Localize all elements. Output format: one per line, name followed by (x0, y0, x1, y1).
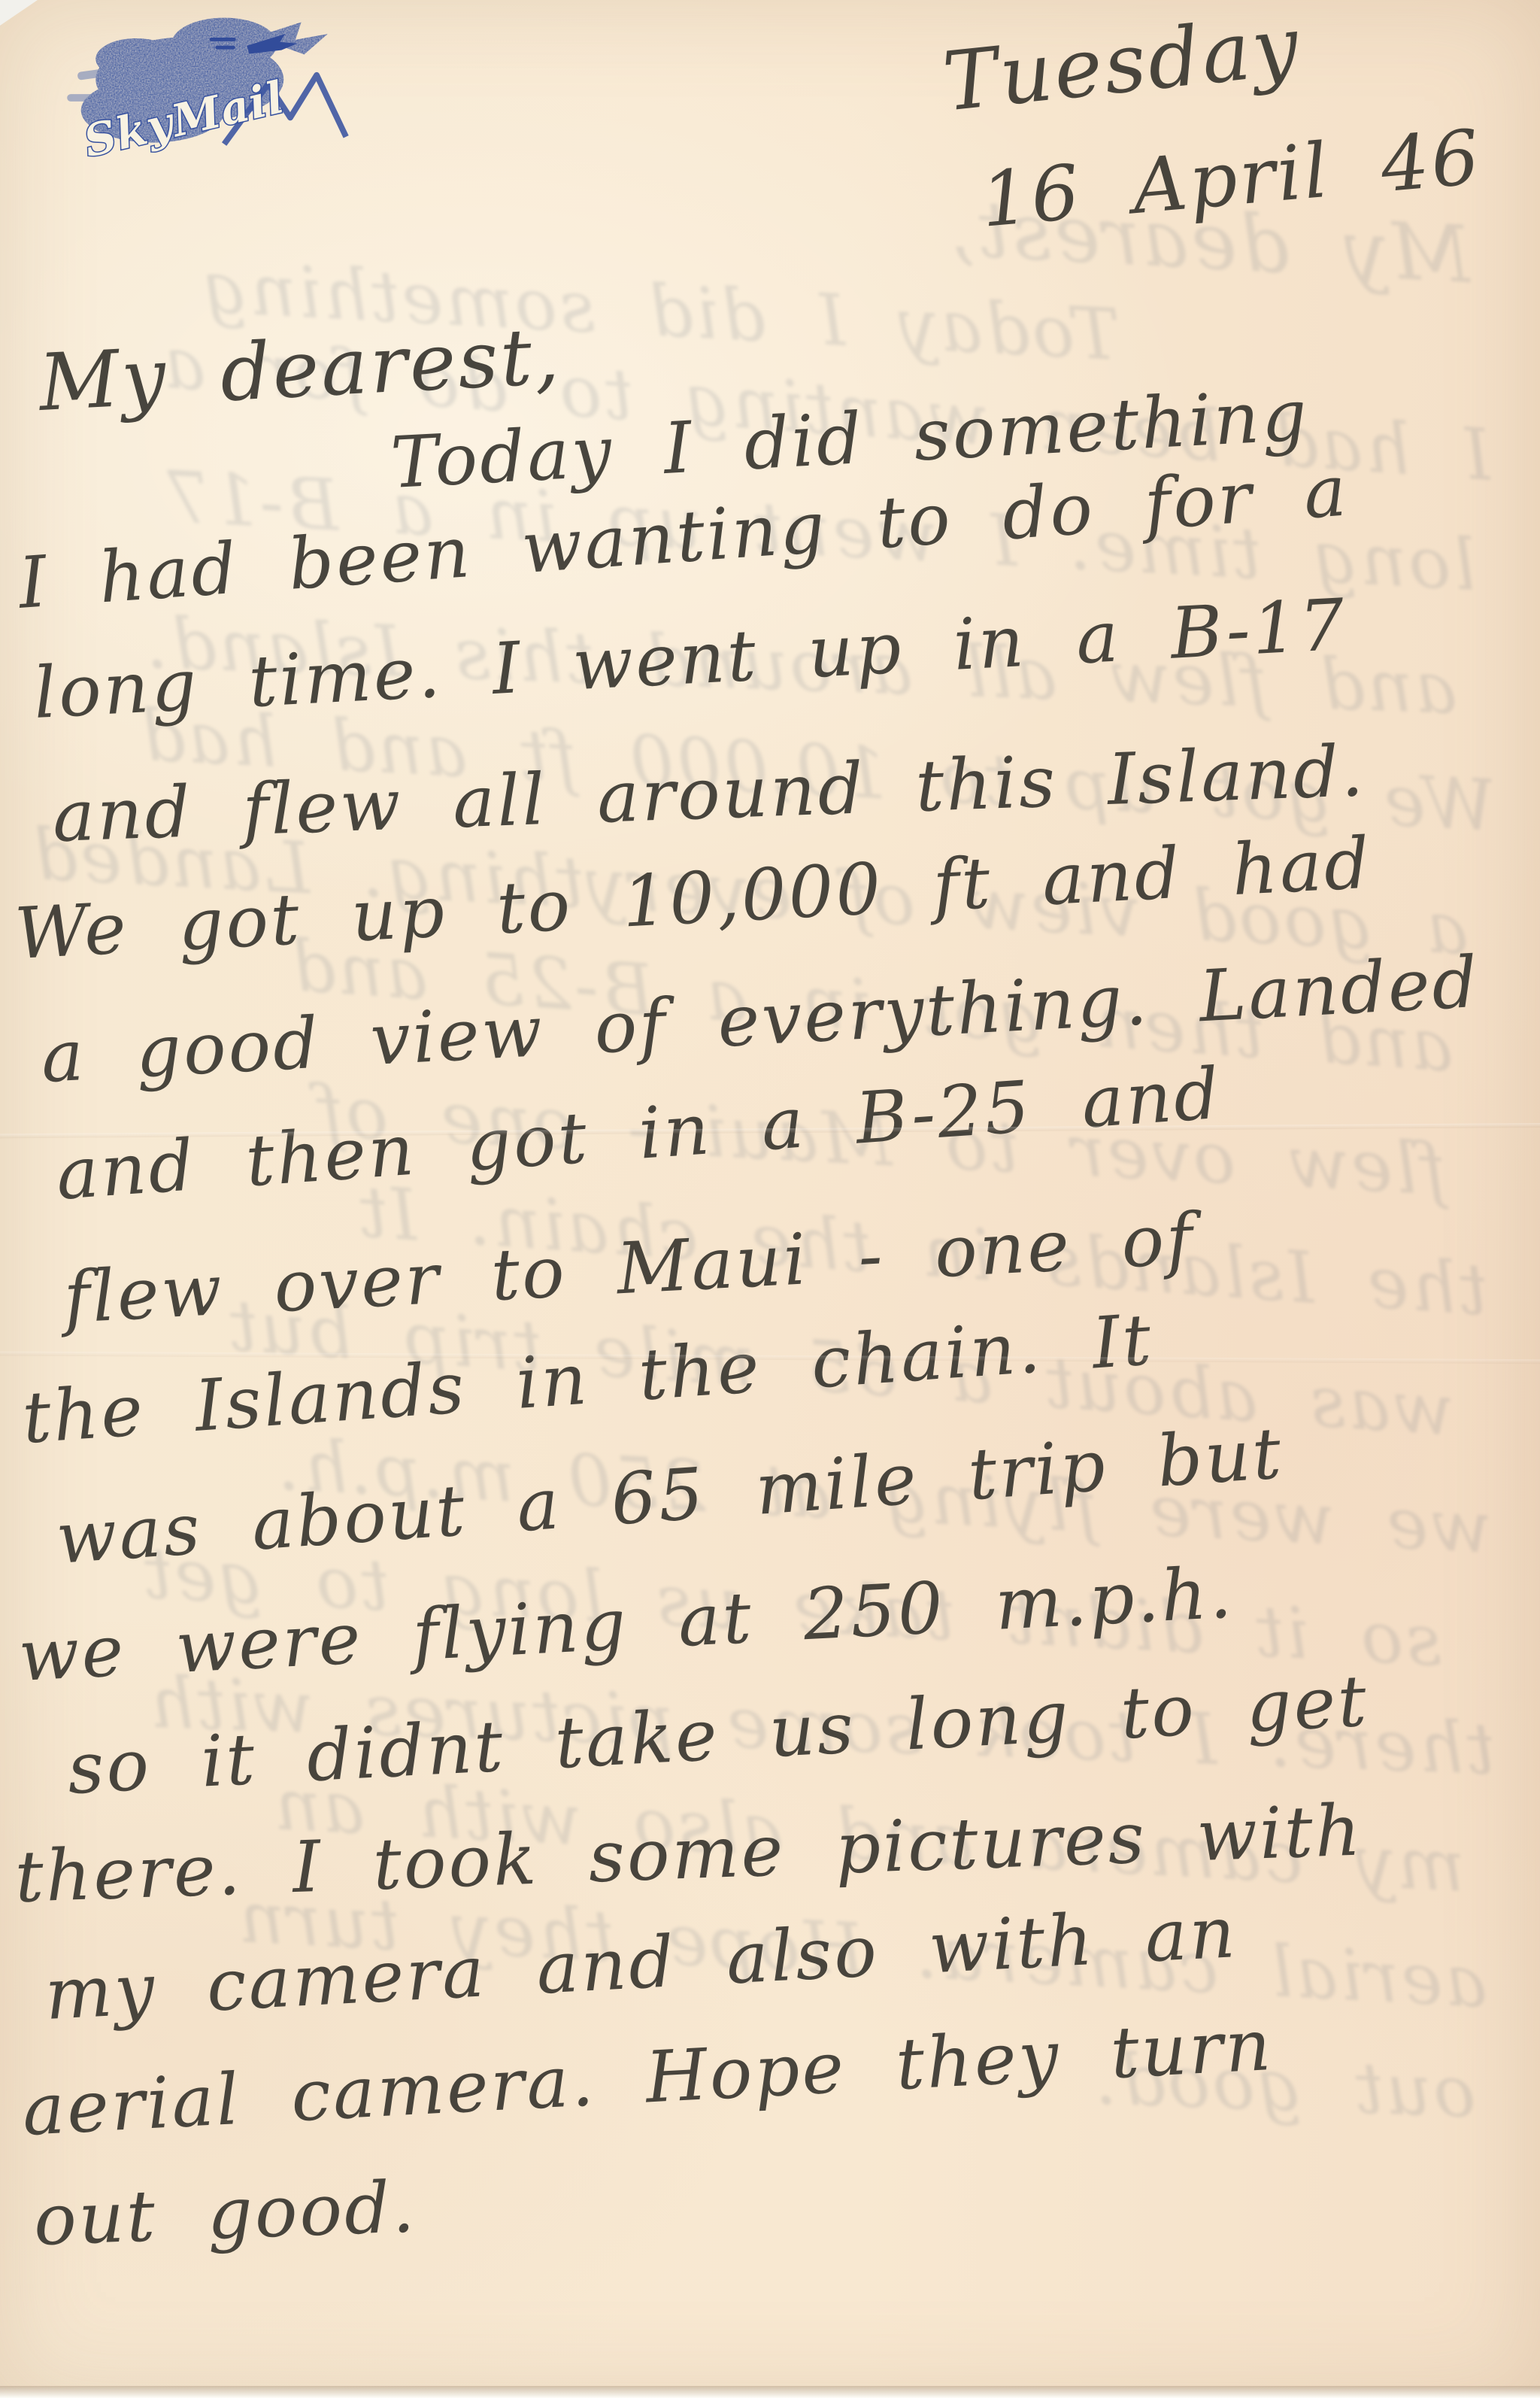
skymail-logo: SkyMail (39, 6, 355, 160)
letter-line: out good. (32, 2166, 418, 2262)
date-day: Tuesday (938, 0, 1305, 130)
letter-line: my camera and also with an (43, 1892, 1239, 2036)
scan-corner-artifact (0, 0, 38, 26)
letter-page: My dearest, Today I did something I had … (0, 0, 1540, 2398)
letter-line: a good view of everything. Landed (39, 942, 1481, 1099)
salutation: My dearest, (37, 310, 563, 429)
letter-line: we were flying at 250 m.p.h. (17, 1552, 1235, 1698)
page-bottom-edge (0, 2386, 1540, 2398)
date-full: 16 April 46 (978, 113, 1485, 244)
